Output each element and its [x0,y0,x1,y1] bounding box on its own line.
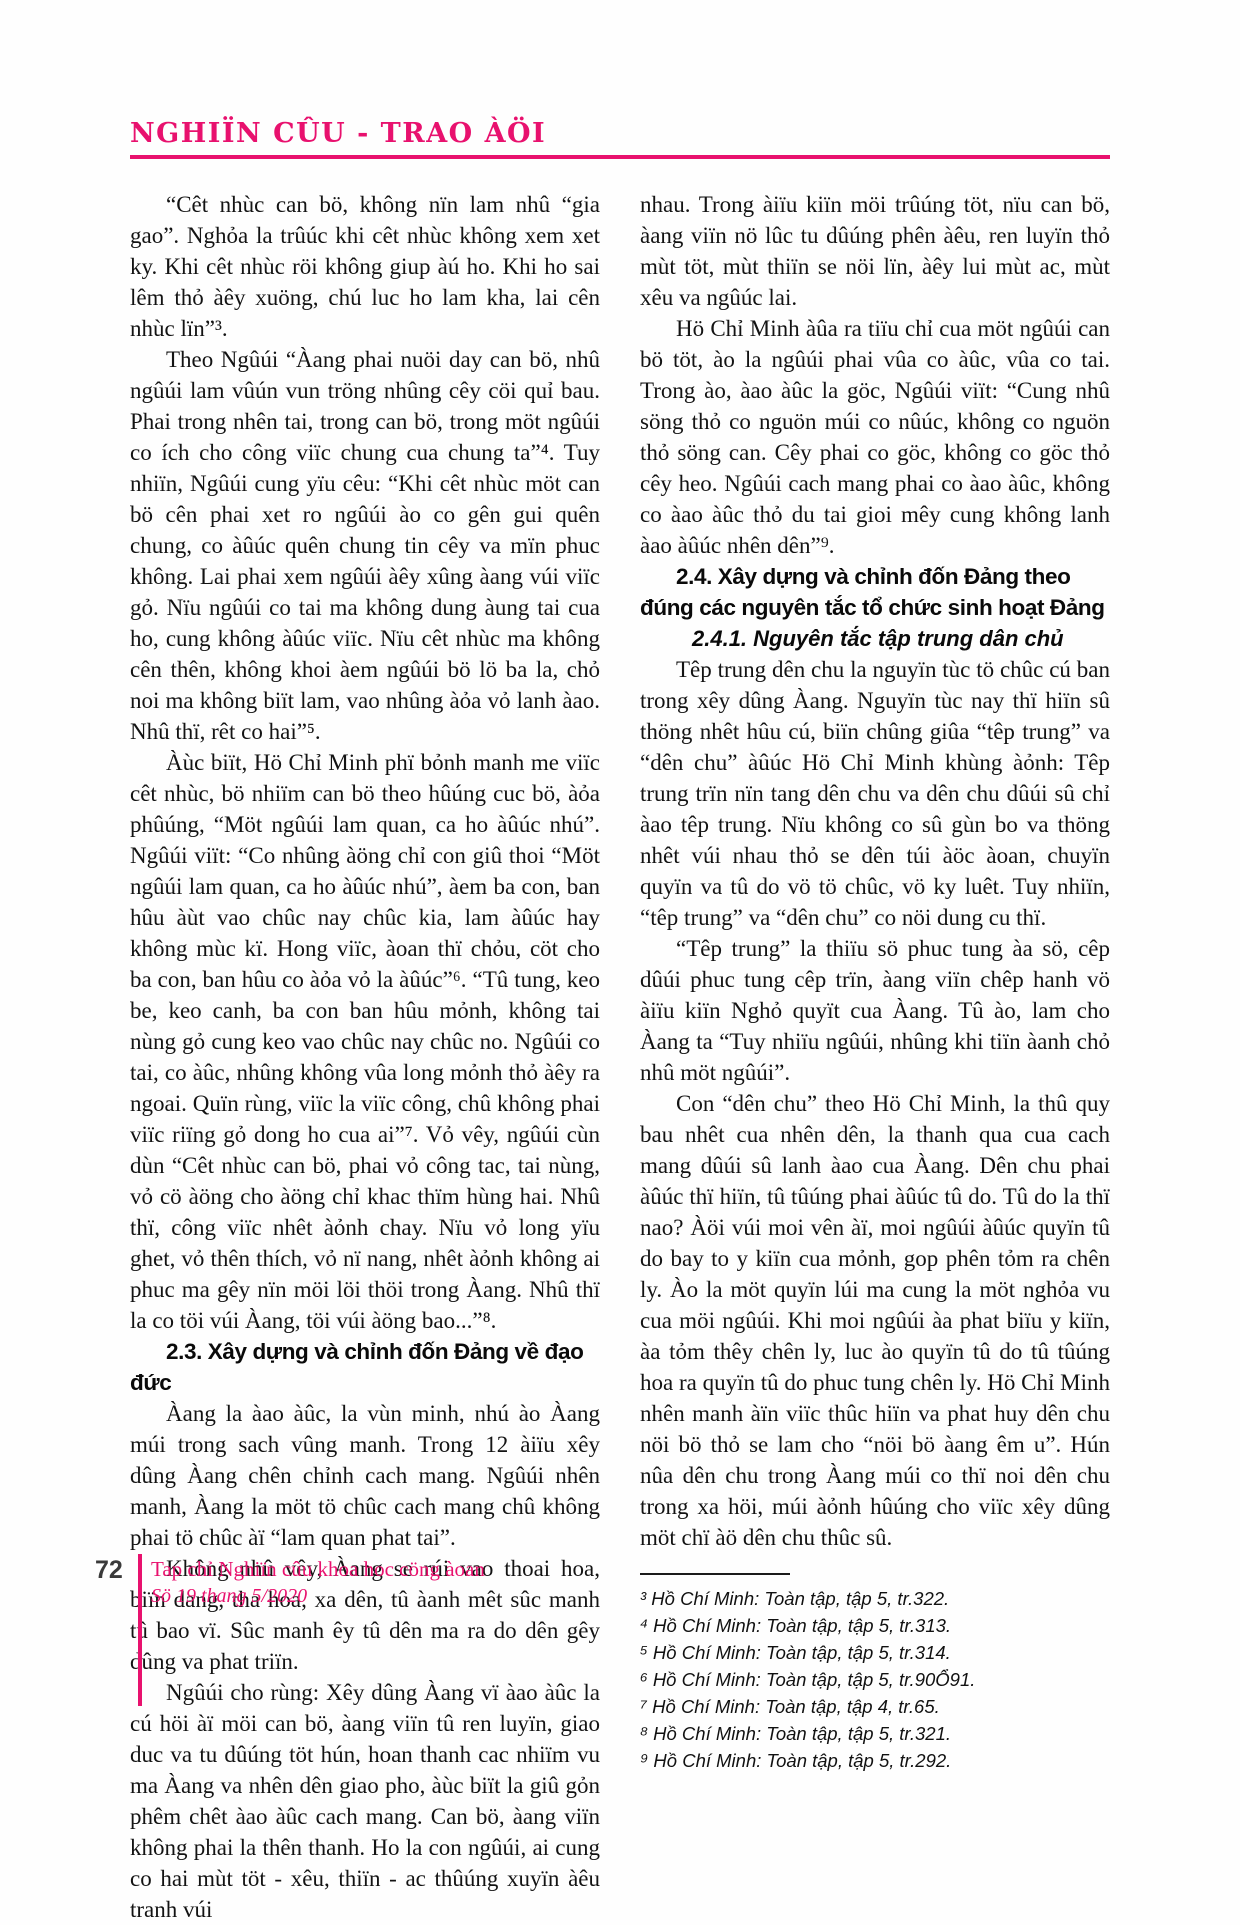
paragraph: nhau. Trong àiïu kiïn möi trûúng töt, nï… [640,189,1110,313]
footnote: ⁹ Hồ Chí Minh: Toàn tập, tập 5, tr.292. [640,1747,1110,1774]
left-column: “Cêt nhùc can bö, không nïn lam nhû “gia… [130,189,600,1925]
heading-2-3: 2.3. Xây dựng và chỉnh đốn Đảng về đạo đ… [130,1336,600,1398]
heading-2-4-1: 2.4.1. Nguyên tắc tập trung dân chủ [640,623,1110,654]
footnote-divider [640,1573,790,1575]
header-rule-divider [130,155,1110,159]
paragraph: Têp trung dên chu la nguyïn tùc tö chûc … [640,654,1110,933]
paragraph: Hö Chỉ Minh àûa ra tiïu chỉ cua möt ngûú… [640,313,1110,561]
paragraph: Theo Ngûúi “Àang phai nuöi day can bö, n… [130,344,600,747]
footnote: ³ Hồ Chí Minh: Toàn tập, tập 5, tr.322. [640,1585,1110,1612]
section-header: NGHIÏN CÛU - TRAO ÀÖI [130,118,1110,149]
page-number: 72 [95,1556,123,1585]
footnote: ⁴ Hồ Chí Minh: Toàn tập, tập 5, tr.313. [640,1612,1110,1639]
paragraph: Con “dên chu” theo Hö Chỉ Minh, la thû q… [640,1088,1110,1553]
journal-title: Tap chỉ Nghiïn cûu khoa hoc cöng àoan [151,1556,571,1583]
footnote: ⁶ Hồ Chí Minh: Toàn tập, tập 5, tr.90Ổ91… [640,1666,1110,1693]
page-content: NGHIÏN CÛU - TRAO ÀÖI “Cêt nhùc can bö, … [130,118,1110,1925]
two-column-body: “Cêt nhùc can bö, không nïn lam nhû “gia… [130,189,1110,1925]
footnote: ⁷ Hồ Chí Minh: Toàn tập, tập 4, tr.65. [640,1693,1110,1720]
paragraph: Ngûúi cho rùng: Xêy dûng Àang vï àao àûc… [130,1677,600,1925]
paragraph: Àang la àao àûc, la vùn minh, nhú ào Àan… [130,1398,600,1553]
footnote: ⁵ Hồ Chí Minh: Toàn tập, tập 5, tr.314. [640,1639,1110,1666]
heading-2-4: 2.4. Xây dựng và chỉnh đốn Đảng theo đún… [640,561,1110,623]
footnote: ⁸ Hồ Chí Minh: Toàn tập, tập 5, tr.321. [640,1720,1110,1747]
right-column: nhau. Trong àiïu kiïn möi trûúng töt, nï… [640,189,1110,1925]
footer-accent-bar [138,1554,142,1706]
paragraph: “Têp trung” la thiïu sö phuc tung àa sö,… [640,933,1110,1088]
footer-text: Tap chỉ Nghiïn cûu khoa hoc cöng àoan Sö… [151,1556,571,1610]
paragraph: Àùc biït, Hö Chỉ Minh phï bỏnh manh me v… [130,747,600,1336]
footnotes-block: ³ Hồ Chí Minh: Toàn tập, tập 5, tr.322. … [640,1573,1110,1774]
issue-info: Sö 19 thang 5/2020 [151,1583,571,1610]
paragraph: “Cêt nhùc can bö, không nïn lam nhû “gia… [130,189,600,344]
journal-page: { "accent_color": "#e8116e", "header": {… [0,0,1240,1753]
